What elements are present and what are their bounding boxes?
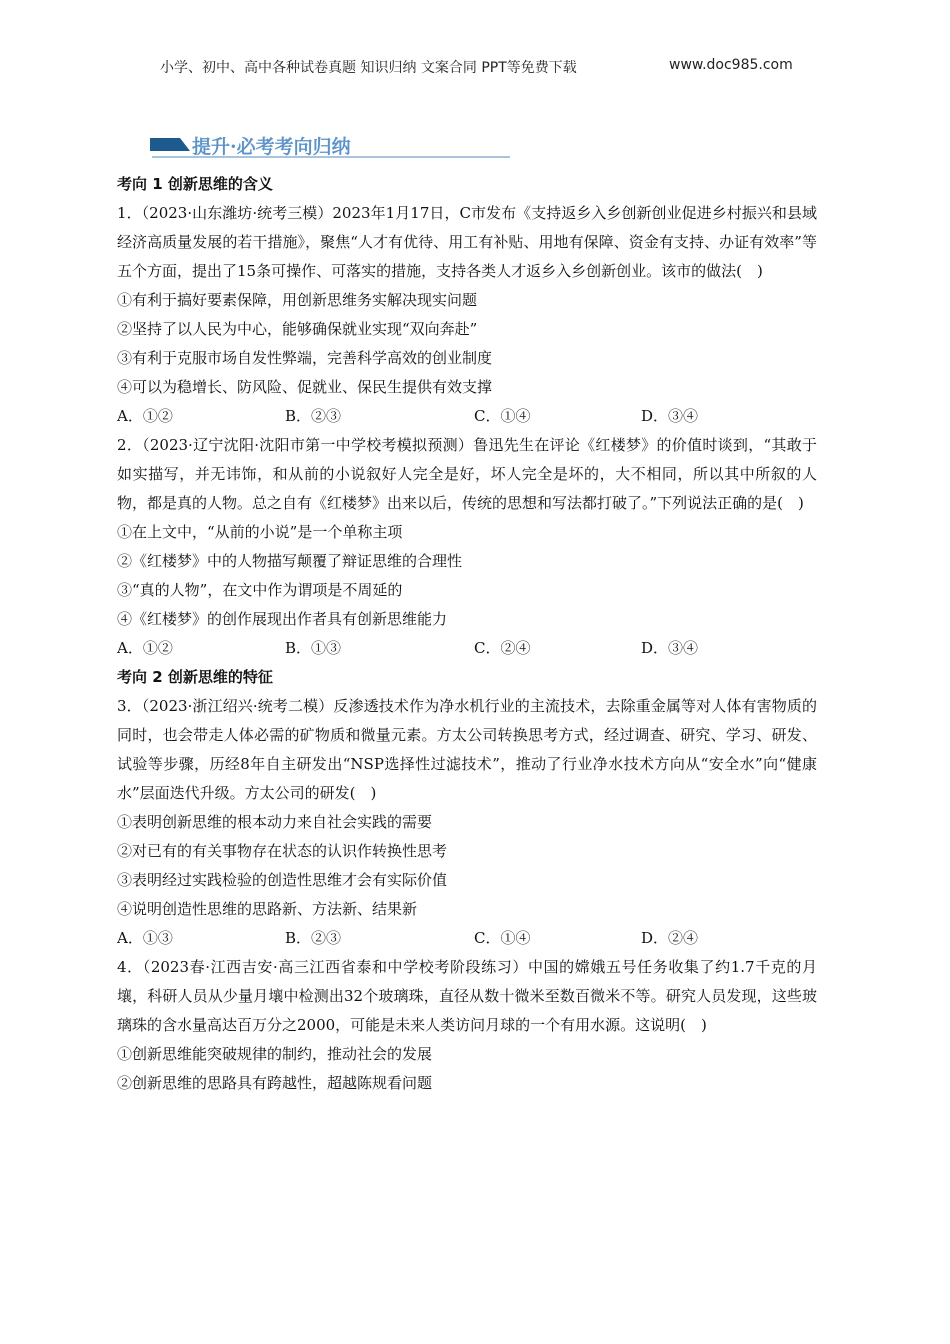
answer-choices: A．①② B．①③ C．②④ D．③④ [117,634,817,663]
choice-c: C．①④ [474,924,530,953]
choice-b: B．①③ [285,634,341,663]
banner-title: 提升·必考考向归纳 [192,132,351,159]
section-banner: 提升·必考考向归纳 [148,132,510,158]
section-title: 考向 1 创新思维的含义 [117,170,817,199]
choice-d: D．③④ [641,402,698,431]
answer-choices: A．①③ B．②③ C．①④ D．②④ [117,924,817,953]
question-3: 3．（2023·浙江绍兴·统考二模）反渗透技术作为净水机行业的主流技术，去除重金… [117,692,817,953]
option-statement: ③表明经过实践检验的创造性思维才会有实际价值 [117,866,817,895]
header-text: 小学、初中、高中各种试卷真题 知识归纳 文案合同 PPT等免费下载 [160,60,577,76]
banner-underline [152,156,510,158]
document-body: 考向 1 创新思维的含义 1．（2023·山东潍坊·统考三模）2023年1月17… [117,170,817,1098]
option-statement: ①有利于搞好要素保障，用创新思维务实解决现实问题 [117,286,817,315]
question-4: 4．（2023春·江西吉安·高三江西省泰和中学校考阶段练习）中国的嫦娥五号任务收… [117,953,817,1098]
question-stem: 3．（2023·浙江绍兴·统考二模）反渗透技术作为净水机行业的主流技术，去除重金… [117,692,817,808]
page-header: 小学、初中、高中各种试卷真题 知识归纳 文案合同 PPT等免费下载 www.do… [160,57,800,77]
choice-a: A．①② [117,634,173,663]
choice-c: C．②④ [474,634,530,663]
banner-triangle-decoration [180,138,190,151]
option-statement: ②对已有的有关事物存在状态的认识作转换性思考 [117,837,817,866]
header-url[interactable]: www.doc985.com [669,57,793,73]
option-statement: ③有利于克服市场自发性弊端，完善科学高效的创业制度 [117,344,817,373]
option-statement: ④《红楼梦》的创作展现出作者具有创新思维能力 [117,605,817,634]
question-stem: 1．（2023·山东潍坊·统考三模）2023年1月17日，C市发布《支持返乡入乡… [117,199,817,286]
question-stem: 2．（2023·辽宁沈阳·沈阳市第一中学校考模拟预测）鲁迅先生在评论《红楼梦》的… [117,431,817,518]
section-title: 考向 2 创新思维的特征 [117,663,817,692]
choice-a: A．①③ [117,924,173,953]
option-statement: ④说明创造性思维的思路新、方法新、结果新 [117,895,817,924]
option-statement: ②《红楼梦》中的人物描写颠覆了辩证思维的合理性 [117,547,817,576]
option-statement: ①在上文中，“从前的小说”是一个单称主项 [117,518,817,547]
choice-b: B．②③ [285,924,341,953]
answer-choices: A．①② B．②③ C．①④ D．③④ [117,402,817,431]
question-1: 1．（2023·山东潍坊·统考三模）2023年1月17日，C市发布《支持返乡入乡… [117,199,817,431]
option-statement: ②创新思维的思路具有跨越性，超越陈规看问题 [117,1069,817,1098]
option-statement: ①创新思维能突破规律的制约，推动社会的发展 [117,1040,817,1069]
choice-d: D．②④ [641,924,698,953]
question-stem: 4．（2023春·江西吉安·高三江西省泰和中学校考阶段练习）中国的嫦娥五号任务收… [117,953,817,1040]
choice-c: C．①④ [474,402,530,431]
option-statement: ②坚持了以人民为中心，能够确保就业实现“双向奔赴” [117,315,817,344]
option-statement: ①表明创新思维的根本动力来自社会实践的需要 [117,808,817,837]
question-2: 2．（2023·辽宁沈阳·沈阳市第一中学校考模拟预测）鲁迅先生在评论《红楼梦》的… [117,431,817,663]
option-statement: ④可以为稳增长、防风险、促就业、保民生提供有效支撑 [117,373,817,402]
choice-d: D．③④ [641,634,698,663]
option-statement: ③“真的人物”，在文中作为谓项是不周延的 [117,576,817,605]
choice-a: A．①② [117,402,173,431]
choice-b: B．②③ [285,402,341,431]
banner-bar-decoration [150,138,180,151]
